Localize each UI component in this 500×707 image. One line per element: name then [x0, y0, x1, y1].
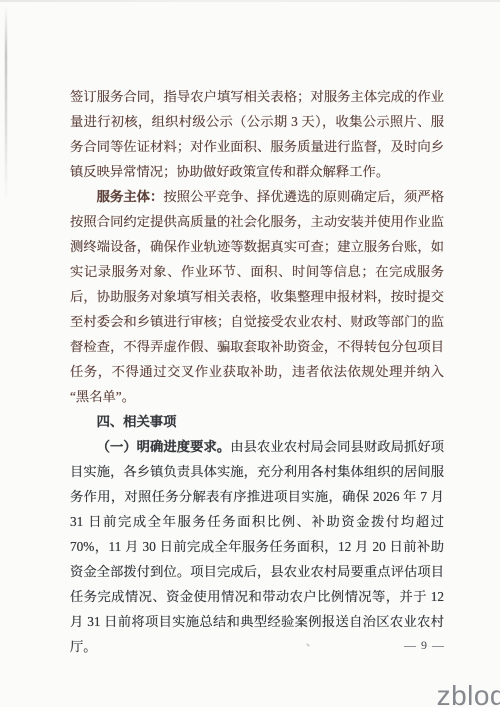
paragraph-lead-service-provider: 服务主体： — [97, 189, 164, 204]
watermark-zblog: zblog — [437, 681, 500, 707]
section-heading-related-matters: 四、相关事项 — [70, 409, 444, 434]
page-number: — 9 — — [404, 638, 464, 652]
document-page: 签订服务合同，指导农户填写相关表格；对服务主体完成的作业量进行初核，组织村级公示… — [0, 0, 500, 707]
scan-top-edge-artifact — [0, 0, 500, 2]
paragraph-village-coordination-tasks: 签订服务合同，指导农户填写相关表格；对服务主体完成的作业量进行初核，组织村级公示… — [70, 84, 444, 184]
paragraph-lead-progress-requirements: （一）明确进度要求。 — [97, 439, 231, 454]
document-body: 签订服务合同，指导农户填写相关表格；对服务主体完成的作业量进行初核，组织村级公示… — [70, 84, 444, 659]
paragraph-text-progress-requirements: 由县农业农村局会同县财政局抓好项目实施，各乡镇负责具体实施，充分利用各村集体组织… — [70, 439, 444, 654]
paragraph-text-service-provider: 按照公平竞争、择优遴选的原则确定后，须严格按照合同约定提供高质量的社会化服务，主… — [70, 189, 444, 404]
paragraph-progress-requirements: （一）明确进度要求。由县农业农村局会同县财政局抓好项目实施，各乡镇负责具体实施，… — [70, 434, 444, 659]
paragraph-service-provider-duties: 服务主体：按照公平竞争、择优遴选的原则确定后，须严格按照合同约定提供高质量的社会… — [70, 184, 444, 409]
scan-left-edge-artifact — [5, 6, 7, 201]
